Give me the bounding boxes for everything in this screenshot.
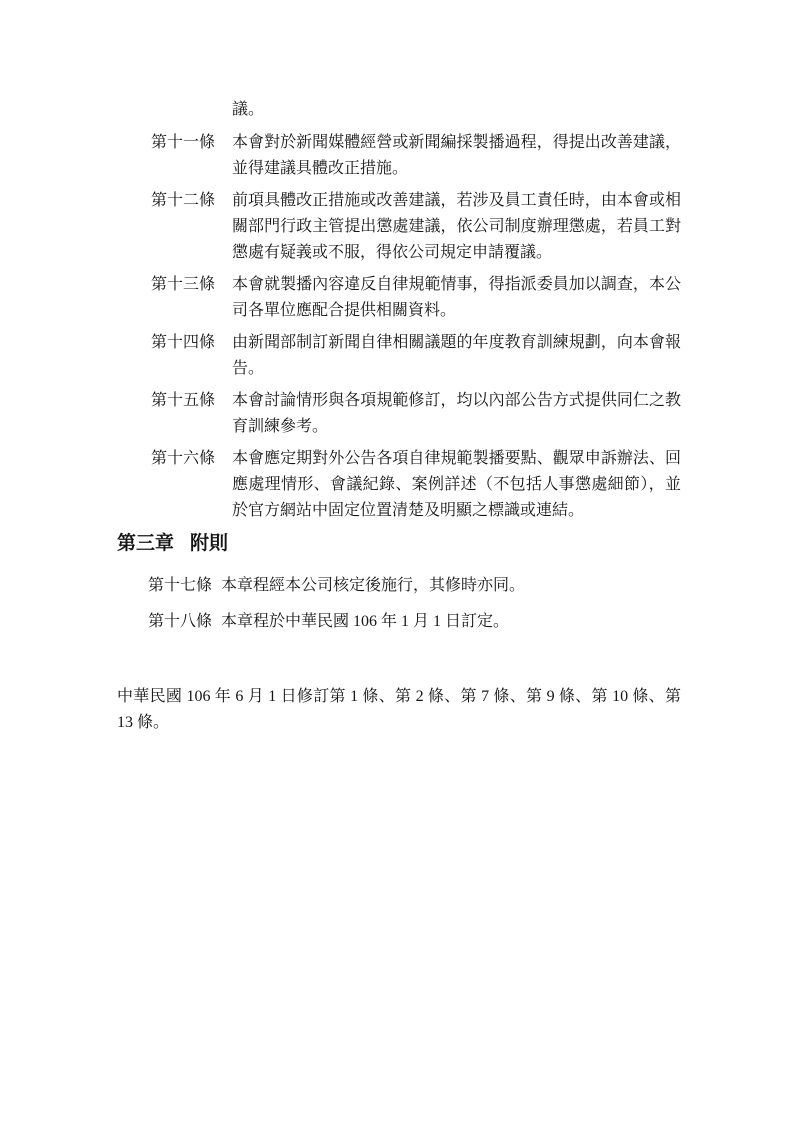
article-label: 第十六條 bbox=[151, 446, 232, 524]
document-page: 議。 第十一條 本會對於新聞媒體經營或新聞編採製播過程，得提出改善建議，並得建議… bbox=[0, 0, 797, 1125]
article-label: 第十八條 bbox=[148, 613, 212, 630]
document-content: 議。 第十一條 本會對於新聞媒體經營或新聞編採製播過程，得提出改善建議，並得建議… bbox=[117, 97, 681, 736]
article-label: 第十二條 bbox=[151, 188, 232, 266]
article-row-15: 第十五條 本會討論情形與各項規範修訂，均以內部公告方式提供同仁之教育訓練參考。 bbox=[151, 388, 681, 440]
article-label: 第十七條 bbox=[148, 577, 212, 594]
article-text: 本章程於中華民國 106 年 1 月 1 日訂定。 bbox=[221, 613, 509, 630]
article-text: 本會對於新聞媒體經營或新聞編採製播過程，得提出改善建議，並得建議具體改正措施。 bbox=[232, 130, 681, 182]
amendment-note: 中華民國 106 年 6 月 1 日修訂第 1 條、第 2 條、第 7 條、第 … bbox=[117, 684, 681, 736]
article-text: 本會討論情形與各項規範修訂，均以內部公告方式提供同仁之教育訓練參考。 bbox=[232, 388, 681, 440]
article-row-18: 第十八條本章程於中華民國 106 年 1 月 1 日訂定。 bbox=[148, 609, 681, 635]
article-label: 第十五條 bbox=[151, 388, 232, 440]
article-row-13: 第十三條 本會就製播內容違反自律規範情事，得指派委員加以調查，本公司各單位應配合… bbox=[151, 272, 681, 324]
article-text: 前項具體改正措施或改善建議，若涉及員工責任時，由本會或相關部門行政主管提出懲處建… bbox=[232, 188, 681, 266]
article-row-14: 第十四條 由新聞部制訂新聞自律相關議題的年度教育訓練規劃，向本會報告。 bbox=[151, 330, 681, 382]
article-row-12: 第十二條 前項具體改正措施或改善建議，若涉及員工責任時，由本會或相關部門行政主管… bbox=[151, 188, 681, 266]
article-text: 本會就製播內容違反自律規範情事，得指派委員加以調查，本公司各單位應配合提供相關資… bbox=[232, 272, 681, 324]
article-text: 由新聞部制訂新聞自律相關議題的年度教育訓練規劃，向本會報告。 bbox=[232, 330, 681, 382]
chapter-title: 附則 bbox=[190, 533, 228, 554]
article-text: 本會應定期對外公告各項自律規範製播要點、觀眾申訴辦法、回應處理情形、會議紀錄、案… bbox=[232, 446, 681, 524]
article-label: 第十四條 bbox=[151, 330, 232, 382]
article-row-16: 第十六條 本會應定期對外公告各項自律規範製播要點、觀眾申訴辦法、回應處理情形、會… bbox=[151, 446, 681, 524]
chapter-heading: 第三章附則 bbox=[117, 530, 681, 558]
article-row-11: 第十一條 本會對於新聞媒體經營或新聞編採製播過程，得提出改善建議，並得建議具體改… bbox=[151, 130, 681, 182]
article-label: 第十三條 bbox=[151, 272, 232, 324]
article-label: 第十一條 bbox=[151, 130, 232, 182]
article-row-17: 第十七條本章程經本公司核定後施行，其修時亦同。 bbox=[148, 573, 681, 599]
chapter-number: 第三章 bbox=[117, 533, 174, 554]
continuation-line: 議。 bbox=[232, 97, 681, 123]
article-text: 本章程經本公司核定後施行，其修時亦同。 bbox=[221, 577, 525, 594]
